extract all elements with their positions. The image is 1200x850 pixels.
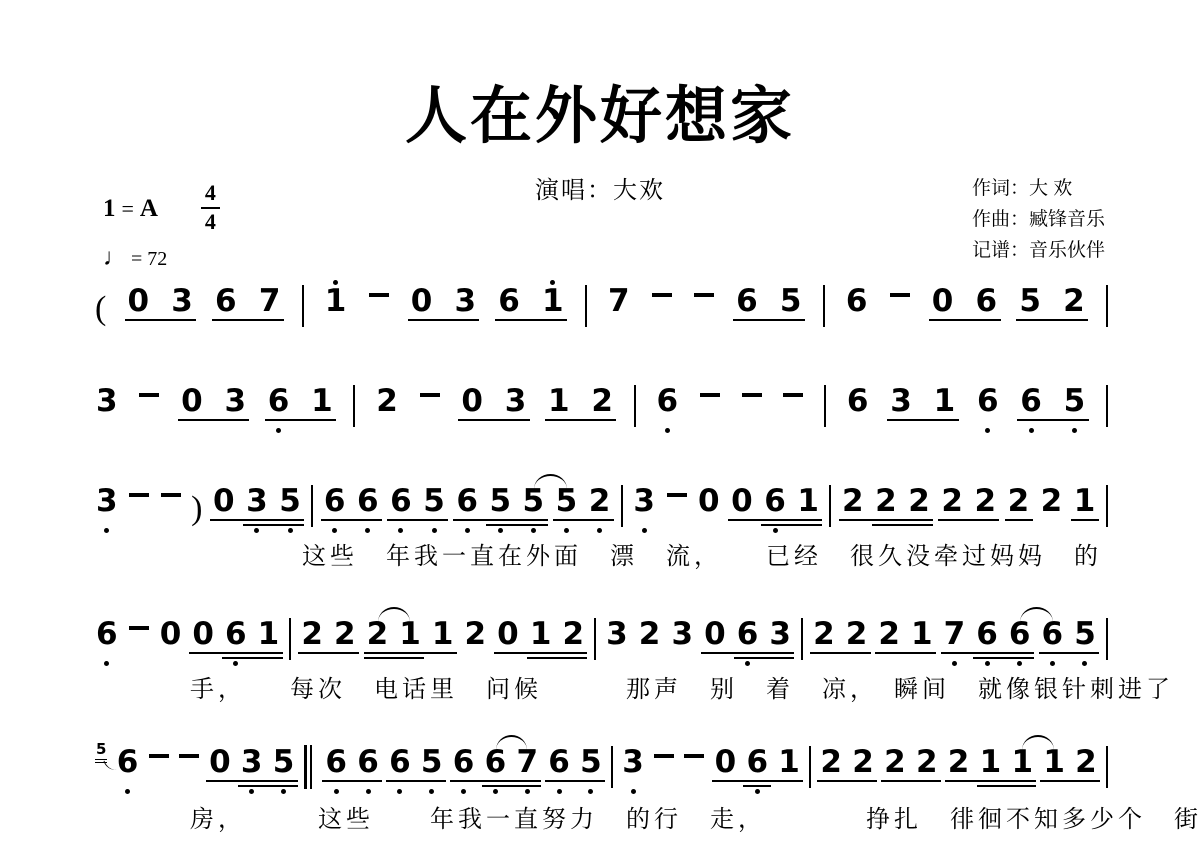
note-digit: 2 [1041, 483, 1063, 519]
eighth-underline [458, 419, 530, 421]
octave-dot-below [557, 789, 562, 794]
dash-mark [149, 741, 169, 772]
note: 5 [1063, 377, 1087, 434]
eighth-underline [453, 519, 548, 521]
note-digit: 6 [117, 744, 139, 780]
note-digit: 2 [875, 483, 897, 519]
octave-dot-below [525, 789, 530, 794]
note-digit: 1 [778, 744, 800, 780]
note: 2 [333, 610, 357, 667]
note-digit: 1 [530, 616, 552, 652]
note: 0 [180, 377, 204, 434]
octave-dot-below [465, 528, 470, 533]
note: 0 [730, 477, 754, 534]
note-digit: 2 [916, 744, 938, 780]
note: 0 [159, 610, 183, 667]
note: 2 [851, 738, 875, 795]
credits-block: 作词：大 欢 作曲：臧锋音乐 记谱：音乐伙伴 [972, 174, 1105, 266]
note: 0 [931, 277, 955, 334]
note: 2 [1007, 477, 1031, 534]
note-digit: 5 [489, 483, 511, 519]
octave-dot-below [334, 789, 339, 794]
octave-dot-below [398, 528, 403, 533]
note: 6 [267, 377, 291, 434]
octave-dot-below [773, 528, 778, 533]
note-digit: 6 [456, 483, 478, 519]
eighth-underline [495, 319, 567, 321]
dash-note [160, 471, 182, 534]
octave-dot-below [365, 528, 370, 533]
note-digit: 6 [847, 383, 869, 419]
eighth-underline [929, 319, 1001, 321]
dash-note [419, 371, 441, 434]
note: 1 [910, 610, 934, 667]
note-digit: 6 [548, 744, 570, 780]
barline [289, 618, 291, 660]
eighth-underline [178, 419, 249, 421]
note: 2 [845, 610, 869, 667]
note: 2 [464, 610, 488, 667]
barline [1106, 746, 1108, 788]
note-digit: 1 [325, 283, 347, 319]
note: 3 [632, 477, 656, 534]
barline [1106, 285, 1108, 327]
note-digit: 6 [736, 283, 758, 319]
sixteenth-underline [734, 657, 794, 659]
octave-dot-below [254, 528, 259, 533]
octave-dot-below [1050, 661, 1055, 666]
note-digit: 3 [96, 383, 118, 419]
dash-note [693, 271, 715, 334]
note-digit: 2 [591, 383, 613, 419]
eighth-underline [875, 652, 936, 654]
note-digit: 7 [259, 283, 281, 319]
note: 2 [841, 477, 865, 534]
note-digit: 3 [671, 616, 693, 652]
note: 5 [1073, 610, 1097, 667]
dash-note [889, 271, 911, 334]
note-digit: 6 [389, 744, 411, 780]
note-digit: 5 [1019, 283, 1041, 319]
barline [823, 285, 825, 327]
note-digit: 1 [980, 744, 1002, 780]
note: 5 [422, 477, 446, 534]
music-line: 3)0356665655523006122222221 [95, 477, 1108, 534]
octave-dot-below [288, 528, 293, 533]
eighth-underline [839, 519, 933, 521]
dash-note [653, 732, 675, 795]
octave-dot-below [125, 789, 130, 794]
note: 1 [777, 738, 801, 795]
eighth-underline [941, 652, 1034, 654]
dash-mark [654, 741, 674, 772]
note-digit: 5 [1064, 383, 1086, 419]
note: 7 [607, 277, 631, 334]
note: 2 [819, 738, 843, 795]
note-digit: 6 [737, 616, 759, 652]
tempo-marking: ♩= 72 [103, 245, 220, 272]
note-digit: 6 [215, 283, 237, 319]
eighth-underline [1071, 519, 1099, 521]
sixteenth-underline [761, 524, 822, 526]
note-digit: 3 [246, 483, 268, 519]
note: 6 [389, 477, 413, 534]
octave-dot-below [104, 661, 109, 666]
octave-dot-below [332, 528, 337, 533]
note: 3 [889, 377, 913, 434]
meter-denominator: 4 [201, 211, 220, 233]
note-digit: 6 [357, 483, 379, 519]
note-digit: 6 [764, 483, 786, 519]
note-digit: 2 [465, 616, 487, 652]
note-digit: 1 [548, 383, 570, 419]
note-digit: 1 [258, 616, 280, 652]
barline [302, 285, 304, 327]
repeat-bar [304, 745, 308, 789]
note: 6 [656, 377, 680, 434]
note: 6 [1019, 377, 1043, 434]
repeat-bar [310, 745, 312, 789]
note: 6 [324, 738, 348, 795]
eighth-underline [881, 780, 941, 782]
dash-note [138, 371, 160, 434]
note: 2 [590, 377, 614, 434]
parenthesis: ( [95, 292, 106, 326]
note-digit: 1 [1074, 483, 1096, 519]
note: 2 [300, 610, 324, 667]
eighth-underline [733, 319, 805, 321]
note: 0 [212, 477, 236, 534]
key-signature: 1=A 4 4 [103, 188, 220, 233]
note: 2 [588, 477, 612, 534]
note: 0 [496, 610, 520, 667]
note-digit: 3 [96, 483, 118, 519]
key-label: 1 [103, 195, 116, 222]
note: 5 [579, 738, 603, 795]
note-digit: 2 [334, 616, 356, 652]
eighth-underline [212, 319, 284, 321]
dash-mark [161, 480, 181, 511]
note: 6 [356, 477, 380, 534]
octave-dot-below [985, 661, 990, 666]
octave-dot-below [755, 789, 760, 794]
note-digit: 3 [769, 616, 791, 652]
note: 0 [703, 610, 727, 667]
barline [585, 285, 587, 327]
octave-dot-below [276, 428, 281, 433]
octave-dot-below [1082, 661, 1087, 666]
dash-note [651, 271, 673, 334]
dash-mark [667, 480, 687, 511]
tempo-value: = 72 [131, 248, 167, 270]
barline [809, 746, 811, 788]
note-digit: 3 [171, 283, 193, 319]
note-digit: 2 [852, 744, 874, 780]
sixteenth-underline [482, 785, 541, 787]
note: 6 [845, 277, 869, 334]
note-digit: 2 [846, 616, 868, 652]
note: 2 [638, 610, 662, 667]
note-digit: 5 [580, 744, 602, 780]
octave-dot-below [1029, 428, 1034, 433]
note: 6 [214, 277, 238, 334]
dash-note [148, 732, 170, 795]
dash-note [368, 271, 390, 334]
barline [829, 485, 831, 527]
note: 2 [1040, 477, 1064, 534]
note: 5 [779, 277, 803, 334]
note: 3 [95, 477, 119, 534]
eighth-underline [1016, 319, 1088, 321]
note-digit: 1 [432, 616, 454, 652]
note: 2 [375, 377, 399, 434]
music-line: (03671036176560652 [95, 277, 1108, 334]
barline [634, 385, 636, 427]
barline [311, 485, 313, 527]
note: 1 [431, 610, 455, 667]
sheet-music-page: 人在外好想家 演唱：大欢 作词：大 欢 作曲：臧锋音乐 记谱：音乐伙伴 1=A … [0, 0, 1200, 850]
note: 6 [323, 477, 347, 534]
lyricist-credit: 作词：大 欢 [972, 174, 1105, 205]
note: 2 [1062, 277, 1086, 334]
note: 6 [452, 738, 476, 795]
dash-note [782, 371, 804, 434]
note: 6 [455, 477, 479, 534]
eighth-underline [408, 319, 479, 321]
note-digit: 6 [657, 383, 679, 419]
note: 2 [940, 477, 964, 534]
dash-mark [742, 380, 762, 411]
note-digit: 6 [977, 383, 999, 419]
note: 6 [95, 610, 119, 667]
eighth-underline [298, 652, 359, 654]
dash-mark [652, 280, 672, 311]
key-value: A [140, 195, 157, 222]
octave-dot-below [642, 528, 647, 533]
note-digit: 2 [941, 483, 963, 519]
note-digit: 2 [562, 616, 584, 652]
octave-dot-below [665, 428, 670, 433]
note-digit: 2 [908, 483, 930, 519]
sixteenth-underline [364, 657, 424, 659]
note-digit: 6 [498, 283, 520, 319]
note-digit: 3 [505, 383, 527, 419]
repeat-sign [304, 745, 317, 789]
grace-note: 5 [95, 740, 107, 759]
note: 0 [127, 277, 151, 334]
barline [621, 485, 623, 527]
eighth-underline [701, 652, 794, 654]
octave-dot-below [1072, 428, 1077, 433]
sixteenth-underline [973, 657, 1034, 659]
parenthesis: ) [191, 492, 202, 526]
note-digit: 0 [213, 483, 235, 519]
note-digit: 5 [273, 744, 295, 780]
eighth-underline [810, 652, 871, 654]
note-digit: 6 [324, 483, 346, 519]
eighth-underline [1017, 419, 1089, 421]
note: 6 [547, 738, 571, 795]
note-digit: 3 [606, 616, 628, 652]
note-digit: 2 [878, 616, 900, 652]
dash-mark [420, 380, 440, 411]
note: 1 [547, 377, 571, 434]
eighth-underline [494, 652, 587, 654]
note-digit: 6 [325, 744, 347, 780]
note-digit: 6 [357, 744, 379, 780]
eighth-underline [1005, 519, 1033, 521]
octave-dot-below [366, 789, 371, 794]
note-digit: 0 [715, 744, 737, 780]
dash-mark [139, 380, 159, 411]
eighth-underline [321, 519, 382, 521]
note: 2 [877, 610, 901, 667]
note-digit: 6 [96, 616, 118, 652]
note-digit: 1 [311, 383, 333, 419]
octave-dot-below [952, 661, 957, 666]
note: 0 [208, 738, 232, 795]
note: 0 [410, 277, 434, 334]
note: 0 [697, 477, 721, 534]
note-digit: 3 [890, 383, 912, 419]
note: 3 [95, 377, 119, 434]
note-digit: 2 [842, 483, 864, 519]
note: 2 [915, 738, 939, 795]
note: 2 [883, 738, 907, 795]
note: 7 [258, 277, 282, 334]
note-digit: 0 [128, 283, 150, 319]
octave-dot-below [429, 789, 434, 794]
note-digit: 1 [797, 483, 819, 519]
octave-dot-below [531, 528, 536, 533]
lyric-line: 手， 每次 电话里 问候 那声 别 着 凉， 瞬间 就像银针刺进了 心 [95, 673, 1108, 707]
sixteenth-underline [872, 524, 933, 526]
barline [611, 746, 613, 788]
eighth-underline [206, 780, 298, 782]
note-digit: 0 [411, 283, 433, 319]
note: 6 [116, 738, 140, 795]
note: 0 [714, 738, 738, 795]
transcriber-credit: 记谱：音乐伙伴 [972, 236, 1105, 267]
octave-dot-below [1017, 661, 1022, 666]
note-digit: 0 [497, 616, 519, 652]
barline [1106, 485, 1108, 527]
note-digit: 5 [421, 744, 443, 780]
note-digit: 5 [423, 483, 445, 519]
eighth-underline [1039, 652, 1099, 654]
octave-dot-below [432, 528, 437, 533]
note-digit: 0 [192, 616, 214, 652]
octave-dot-below [281, 789, 286, 794]
note: 2 [973, 477, 997, 534]
barline [594, 618, 596, 660]
octave-dot-below [597, 528, 602, 533]
octave-dot-below [588, 789, 593, 794]
lyric-line: 房， 这些 年我一直努力 的行 走， 挣扎 徘徊不知多少个 街 [95, 803, 1108, 837]
note-digit: 1 [934, 383, 956, 419]
note: 3 [453, 277, 477, 334]
sixteenth-underline [222, 657, 283, 659]
note-digit: 0 [160, 616, 182, 652]
note-digit: 6 [746, 744, 768, 780]
note-digit: 6 [268, 383, 290, 419]
meter-numerator: 4 [201, 182, 220, 209]
dash-mark [890, 280, 910, 311]
note-digit: 2 [1075, 744, 1097, 780]
note: 5 [1018, 277, 1042, 334]
dash-note [128, 604, 150, 667]
dash-note [683, 732, 705, 795]
note-digit: 2 [1063, 283, 1085, 319]
note-digit: 6 [976, 283, 998, 319]
note-digit: 0 [704, 616, 726, 652]
note: 0 [460, 377, 484, 434]
page-title: 人在外好想家 [0, 0, 1200, 148]
dash-note [699, 371, 721, 434]
octave-dot-below [397, 789, 402, 794]
dash-mark [684, 741, 704, 772]
note-digit: 2 [1008, 483, 1030, 519]
eighth-underline [545, 419, 616, 421]
note-digit: 2 [639, 616, 661, 652]
note: 3 [670, 610, 694, 667]
note-digit: 0 [461, 383, 483, 419]
octave-dot-below [631, 789, 636, 794]
barline [1106, 385, 1108, 427]
music-line: 30361203126631665 [95, 377, 1108, 434]
note-digit: 6 [453, 744, 475, 780]
barline [824, 385, 826, 427]
note-digit: 3 [633, 483, 655, 519]
note: 6 [497, 277, 521, 334]
octave-dot-below [104, 528, 109, 533]
note: 2 [1074, 738, 1098, 795]
dash-mark [179, 741, 199, 772]
barline [801, 618, 803, 660]
octave-dot-below [493, 789, 498, 794]
octave-dot-below [233, 661, 238, 666]
octave-dot-below [745, 661, 750, 666]
note: 5 [420, 738, 444, 795]
sixteenth-underline [527, 657, 587, 659]
note-digit: 1 [911, 616, 933, 652]
dash-mark [694, 280, 714, 311]
dash-note [741, 371, 763, 434]
note-digit: 3 [622, 744, 644, 780]
equals-sign: = [116, 196, 140, 221]
note-digit: 2 [948, 744, 970, 780]
eighth-underline [386, 780, 446, 782]
note: 1 [324, 277, 348, 334]
note: 3 [504, 377, 528, 434]
octave-dot-below [564, 528, 569, 533]
dash-mark [700, 380, 720, 411]
note: 6 [846, 377, 870, 434]
note-digit: 0 [209, 744, 231, 780]
sixteenth-underline [486, 524, 548, 526]
notation-area: (03671036176560652 30361203126631665 3)0… [0, 277, 1200, 837]
eighth-underline [450, 780, 541, 782]
eighth-underline [125, 319, 196, 321]
eighth-underline [553, 519, 614, 521]
barline [1106, 618, 1108, 660]
lyric-line: 这些 年我一直在外面 漂 流， 已经 很久没牵过妈妈 的 [95, 540, 1108, 574]
note-digit: 2 [589, 483, 611, 519]
octave-dot-below [498, 528, 503, 533]
eighth-underline [887, 419, 959, 421]
note-digit: 7 [608, 283, 630, 319]
note: 6 [976, 377, 1000, 434]
